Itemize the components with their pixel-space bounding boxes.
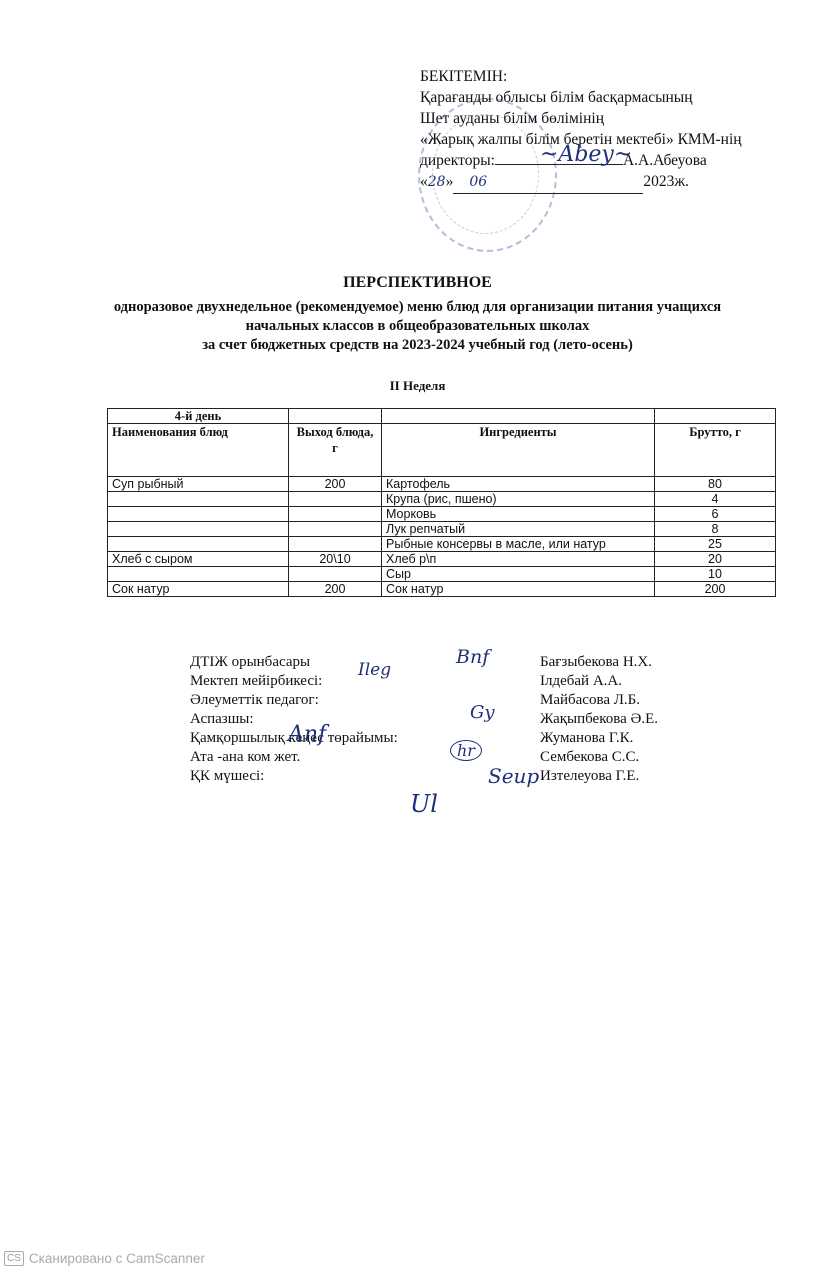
yield-cell [289,492,382,507]
director-label: директоры: [420,152,495,169]
dish-cell: Хлеб с сыром [108,552,289,567]
approval-block: БЕКІТЕМІН: Қарағанды облысы білім басқар… [420,66,742,194]
yield-cell [289,567,382,582]
dish-cell: Сок натур [108,582,289,597]
gross-cell: 10 [655,567,776,582]
signatory-name: Жуманова Г.К. [540,729,658,748]
approval-line-2: Шет ауданы білім бөлімінің [420,108,742,129]
signatory-name: Изтелеуова Г.Е. [540,767,658,786]
ingredient-cell: Рыбные консервы в масле, или натур [382,537,655,552]
approval-line-1: Қарағанды облысы білім басқармасының [420,87,742,108]
signature-deputy: Bnf [456,646,489,668]
date-quote-open: « [420,173,428,190]
signature-nurse: Ileg [358,660,391,680]
ingredient-cell: Морковь [382,507,655,522]
header-yield: Выход блюда, г [289,424,382,477]
table-row: Рыбные консервы в масле, или натур25 [108,537,776,552]
dish-cell [108,537,289,552]
gross-cell: 6 [655,507,776,522]
gross-cell: 8 [655,522,776,537]
date-line: «28»062023ж. [420,171,742,194]
table-row: Крупа (рис, пшено)4 [108,492,776,507]
column-header-row: Наименования блюд Выход блюда, г Ингреди… [108,424,776,477]
table-row: Хлеб с сыром20\10Хлеб р\п20 [108,552,776,567]
document-subtitle-2: начальных классов в общеобразовательных … [0,318,835,335]
camscanner-text: Сканировано с CamScanner [29,1251,205,1266]
table-row: Суп рыбный200Картофель80 [108,477,776,492]
gross-cell: 80 [655,477,776,492]
ingredient-cell: Хлеб р\п [382,552,655,567]
dish-cell [108,567,289,582]
dish-cell [108,522,289,537]
table-row: Сыр10 [108,567,776,582]
gross-cell: 20 [655,552,776,567]
ingredient-cell: Крупа (рис, пшено) [382,492,655,507]
yield-cell: 200 [289,477,382,492]
document-subtitle-1: одноразовое двухнедельное (рекомендуемое… [0,299,835,316]
signature-parent-committee: Seup [488,764,539,788]
yield-cell: 200 [289,582,382,597]
approval-heading: БЕКІТЕМІН: [420,66,742,87]
signatory-role: Әлеуметтік педагог: [190,691,398,710]
header-ingredients: Ингредиенты [382,424,655,477]
signature-cook: Anf [288,722,326,747]
signatory-name: Сембекова С.С. [540,748,658,767]
signature-social-pedagog: Gy [470,702,495,723]
ingredient-cell: Сыр [382,567,655,582]
ingredient-cell: Лук репчатый [382,522,655,537]
date-quote-close: » [446,173,454,190]
menu-table: 4-й день Наименования блюд Выход блюда, … [107,408,776,597]
signatory-names: Бағзыбекова Н.Х.Ілдебай А.А.Майбасова Л.… [540,653,658,786]
ingredient-cell: Картофель [382,477,655,492]
dish-cell [108,492,289,507]
gross-cell: 4 [655,492,776,507]
week-label: II Неделя [0,378,835,394]
date-year: 2023ж. [643,173,689,190]
signatory-role: Ата -ана ком жет. [190,748,398,767]
signatory-name: Бағзыбекова Н.Х. [540,653,658,672]
date-month: 06 [453,174,487,190]
date-underline: 06 [453,171,643,194]
day-label: 4-й день [108,409,289,424]
yield-cell [289,507,382,522]
signatory-role: ҚК мүшесі: [190,767,398,786]
document-subtitle-3: за счет бюджетных средств на 2023-2024 у… [0,337,835,354]
signature-council-member: Ul [410,790,438,818]
table-row: Лук репчатый8 [108,522,776,537]
ingredient-cell: Сок натур [382,582,655,597]
day-header-row: 4-й день [108,409,776,424]
camscanner-watermark: CS Сканировано с CamScanner [4,1251,205,1266]
signatory-name: Жақыпбекова Ә.Е. [540,710,658,729]
gross-cell: 25 [655,537,776,552]
gross-cell: 200 [655,582,776,597]
header-dish: Наименования блюд [108,424,289,477]
signature-council-chair: hr [450,740,482,761]
table-row: Морковь6 [108,507,776,522]
yield-cell [289,537,382,552]
date-day: 28 [428,174,446,190]
signatory-name: Майбасова Л.Б. [540,691,658,710]
header-gross: Брутто, г [655,424,776,477]
dish-cell: Суп рыбный [108,477,289,492]
table-row: Сок натур200Сок натур200 [108,582,776,597]
signatory-name: Ілдебай А.А. [540,672,658,691]
director-signature: ~Abey~ [540,142,632,167]
dish-cell [108,507,289,522]
document-title: ПЕРСПЕКТИВНОЕ [0,274,835,292]
camscanner-logo-icon: CS [4,1251,24,1266]
director-name: А.А.Абеуова [623,152,707,169]
yield-cell [289,522,382,537]
yield-cell: 20\10 [289,552,382,567]
